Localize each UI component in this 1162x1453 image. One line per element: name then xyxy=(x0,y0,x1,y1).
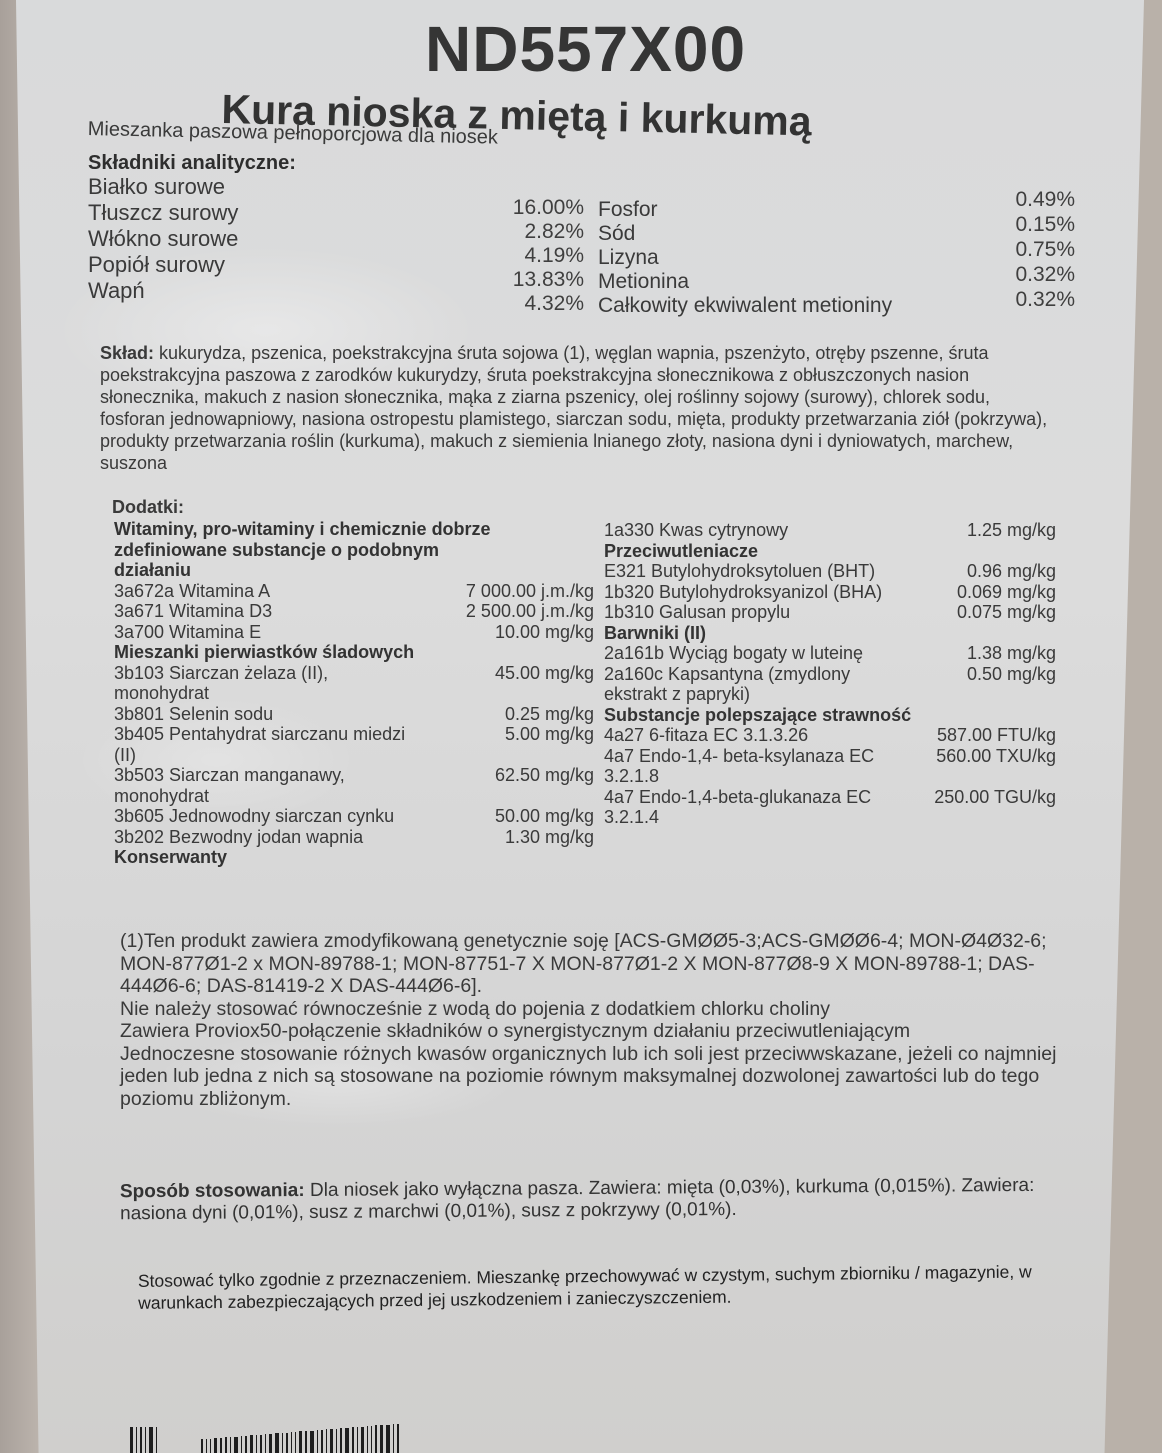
additive-row: 3b103 Siarczan żelaza (II), monohydrat45… xyxy=(114,663,594,704)
note-paragraph: Zawiera Proviox50-połączenie składników … xyxy=(120,1020,1060,1043)
additive-row: 3b503 Siarczan manganawy, monohydrat62.5… xyxy=(114,765,594,806)
composition-heading: Skład: xyxy=(100,343,154,363)
analytical-value: 4.32% xyxy=(474,292,584,316)
additive-value: 50.00 mg/kg xyxy=(495,806,594,827)
additive-name: E321 Butylohydroksytoluen (BHT) xyxy=(604,561,875,582)
additive-value: 2 500.00 j.m./kg xyxy=(466,601,594,622)
additive-name: 4a7 Endo-1,4-beta-glukanaza EC 3.2.1.4 xyxy=(604,787,904,828)
analytical-label: Metionina xyxy=(598,270,689,294)
additive-row: 1a330 Kwas cytrynowy1.25 mg/kg xyxy=(604,520,1056,541)
additive-group-heading: Substancje polepszające strawność xyxy=(604,705,1056,726)
additive-value: 7 000.00 j.m./kg xyxy=(466,581,594,602)
analytical-label: Białko surowe xyxy=(88,174,225,200)
additive-value: 0.069 mg/kg xyxy=(957,582,1056,603)
additive-value: 1.30 mg/kg xyxy=(505,827,594,848)
additive-name: 1a330 Kwas cytrynowy xyxy=(604,520,788,541)
additive-value: 1.38 mg/kg xyxy=(967,643,1056,664)
composition: Skład: kukurydza, pszenica, poekstrakcyj… xyxy=(100,342,1060,474)
analytical-value: 13.83% xyxy=(474,268,584,292)
additive-name: 3a672a Witamina A xyxy=(114,581,270,602)
additive-row: 1b310 Galusan propylu0.075 mg/kg xyxy=(604,602,1056,623)
analytical-value: 0.32% xyxy=(985,263,1075,287)
usage-heading: Sposób stosowania: xyxy=(120,1180,305,1202)
additive-value: 250.00 TGU/kg xyxy=(934,787,1056,828)
additive-row: 3a671 Witamina D32 500.00 j.m./kg xyxy=(114,601,594,622)
additive-name: 3b103 Siarczan żelaza (II), monohydrat xyxy=(114,663,414,704)
analytical-value: 4.19% xyxy=(474,244,584,268)
additive-name: 3a671 Witamina D3 xyxy=(114,601,272,622)
additive-name: 2a160c Kapsantyna (zmydlony ekstrakt z p… xyxy=(604,664,904,705)
additive-row: 2a160c Kapsantyna (zmydlony ekstrakt z p… xyxy=(604,664,1056,705)
additive-name: 3b503 Siarczan manganawy, monohydrat xyxy=(114,765,414,806)
additive-value: 62.50 mg/kg xyxy=(495,765,594,806)
additive-row: 3b801 Selenin sodu0.25 mg/kg xyxy=(114,704,594,725)
note-paragraph: Nie należy stosować równocześnie z wodą … xyxy=(120,998,1060,1021)
additive-row: 3a672a Witamina A7 000.00 j.m./kg xyxy=(114,581,594,602)
analytical-label: Fosfor xyxy=(598,198,658,222)
additive-name: 1b320 Butylohydroksyanizol (BHA) xyxy=(604,582,882,603)
additive-value: 560.00 TXU/kg xyxy=(936,746,1056,787)
analytical-label: Całkowity ekwiwalent metioniny xyxy=(598,294,892,318)
additives-left-column: Witaminy, pro-witaminy i chemicznie dobr… xyxy=(114,519,594,868)
notes-section: (1)Ten produkt zawiera zmodyfikowaną gen… xyxy=(120,930,1060,1110)
product-code: ND557X00 xyxy=(425,12,746,86)
additive-value: 0.50 mg/kg xyxy=(967,664,1056,705)
additive-name: 2a161b Wyciąg bogaty w luteinę xyxy=(604,643,863,664)
additive-name: 3b405 Pentahydrat siarczanu miedzi (II) xyxy=(114,724,414,765)
usage-section: Sposób stosowania: Dla niosek jako wyłąc… xyxy=(120,1175,1065,1226)
additive-name: 3a700 Witamina E xyxy=(114,622,261,643)
analytical-heading: Składniki analityczne: xyxy=(88,152,296,175)
additive-row: 4a7 Endo-1,4-beta-glukanaza EC 3.2.1.425… xyxy=(604,787,1056,828)
analytical-value: 2.82% xyxy=(474,220,584,244)
analytical-value: 0.32% xyxy=(985,288,1075,312)
analytical-value: 16.00% xyxy=(474,196,584,220)
analytical-value: 0.75% xyxy=(985,238,1075,262)
additive-group-heading: Przeciwutleniacze xyxy=(604,541,1056,562)
barcode xyxy=(130,1425,1080,1453)
analytical-label: Wapń xyxy=(88,278,145,304)
analytical-value: 0.49% xyxy=(985,188,1075,212)
note-paragraph: (1)Ten produkt zawiera zmodyfikowaną gen… xyxy=(120,930,1060,998)
additive-row: 3b202 Bezwodny jodan wapnia1.30 mg/kg xyxy=(114,827,594,848)
analytical-label: Włókno surowe xyxy=(88,226,238,252)
additive-value: 587.00 FTU/kg xyxy=(937,725,1056,746)
additive-row: 4a7 Endo-1,4- beta-ksylanaza EC 3.2.1.85… xyxy=(604,746,1056,787)
additive-group-heading: Witaminy, pro-witaminy i chemicznie dobr… xyxy=(114,519,514,581)
additive-row: 3b605 Jednowodny siarczan cynku50.00 mg/… xyxy=(114,806,594,827)
additive-value: 45.00 mg/kg xyxy=(495,663,594,704)
additive-name: 3b202 Bezwodny jodan wapnia xyxy=(114,827,363,848)
additive-row: E321 Butylohydroksytoluen (BHT)0.96 mg/k… xyxy=(604,561,1056,582)
additive-group-heading: Barwniki (II) xyxy=(604,623,1056,644)
additive-value: 10.00 mg/kg xyxy=(495,622,594,643)
additives-right-column: 1a330 Kwas cytrynowy1.25 mg/kgPrzeciwutl… xyxy=(604,520,1056,828)
additive-value: 0.25 mg/kg xyxy=(505,704,594,725)
additive-group-heading: Mieszanki pierwiastków śladowych xyxy=(114,642,594,663)
additive-name: 4a27 6-fitaza EC 3.1.3.26 xyxy=(604,725,808,746)
additive-value: 0.075 mg/kg xyxy=(957,602,1056,623)
analytical-label: Tłuszcz surowy xyxy=(88,200,238,226)
additive-name: 1b310 Galusan propylu xyxy=(604,602,790,623)
additives-heading: Dodatki: xyxy=(112,497,184,518)
additive-name: 3b605 Jednowodny siarczan cynku xyxy=(114,806,394,827)
additive-name: 3b801 Selenin sodu xyxy=(114,704,273,725)
analytical-label: Sód xyxy=(598,222,635,246)
analytical-label: Lizyna xyxy=(598,246,659,270)
additive-row: 3a700 Witamina E10.00 mg/kg xyxy=(114,622,594,643)
additive-row: 4a27 6-fitaza EC 3.1.3.26587.00 FTU/kg xyxy=(604,725,1056,746)
composition-text: kukurydza, pszenica, poekstrakcyjna śrut… xyxy=(100,343,1047,473)
additive-value: 5.00 mg/kg xyxy=(505,724,594,765)
additive-name: 4a7 Endo-1,4- beta-ksylanaza EC 3.2.1.8 xyxy=(604,746,904,787)
additive-row: 2a161b Wyciąg bogaty w luteinę1.38 mg/kg xyxy=(604,643,1056,664)
additive-row: 1b320 Butylohydroksyanizol (BHA)0.069 mg… xyxy=(604,582,1056,603)
additive-row: 3b405 Pentahydrat siarczanu miedzi (II)5… xyxy=(114,724,594,765)
additive-group-heading: Konserwanty xyxy=(114,847,594,868)
analytical-value: 0.15% xyxy=(985,213,1075,237)
analytical-label: Popiół surowy xyxy=(88,252,225,278)
note-paragraph: Jednoczesne stosowanie różnych kwasów or… xyxy=(120,1043,1060,1111)
additive-value: 1.25 mg/kg xyxy=(967,520,1056,541)
additive-value: 0.96 mg/kg xyxy=(967,561,1056,582)
